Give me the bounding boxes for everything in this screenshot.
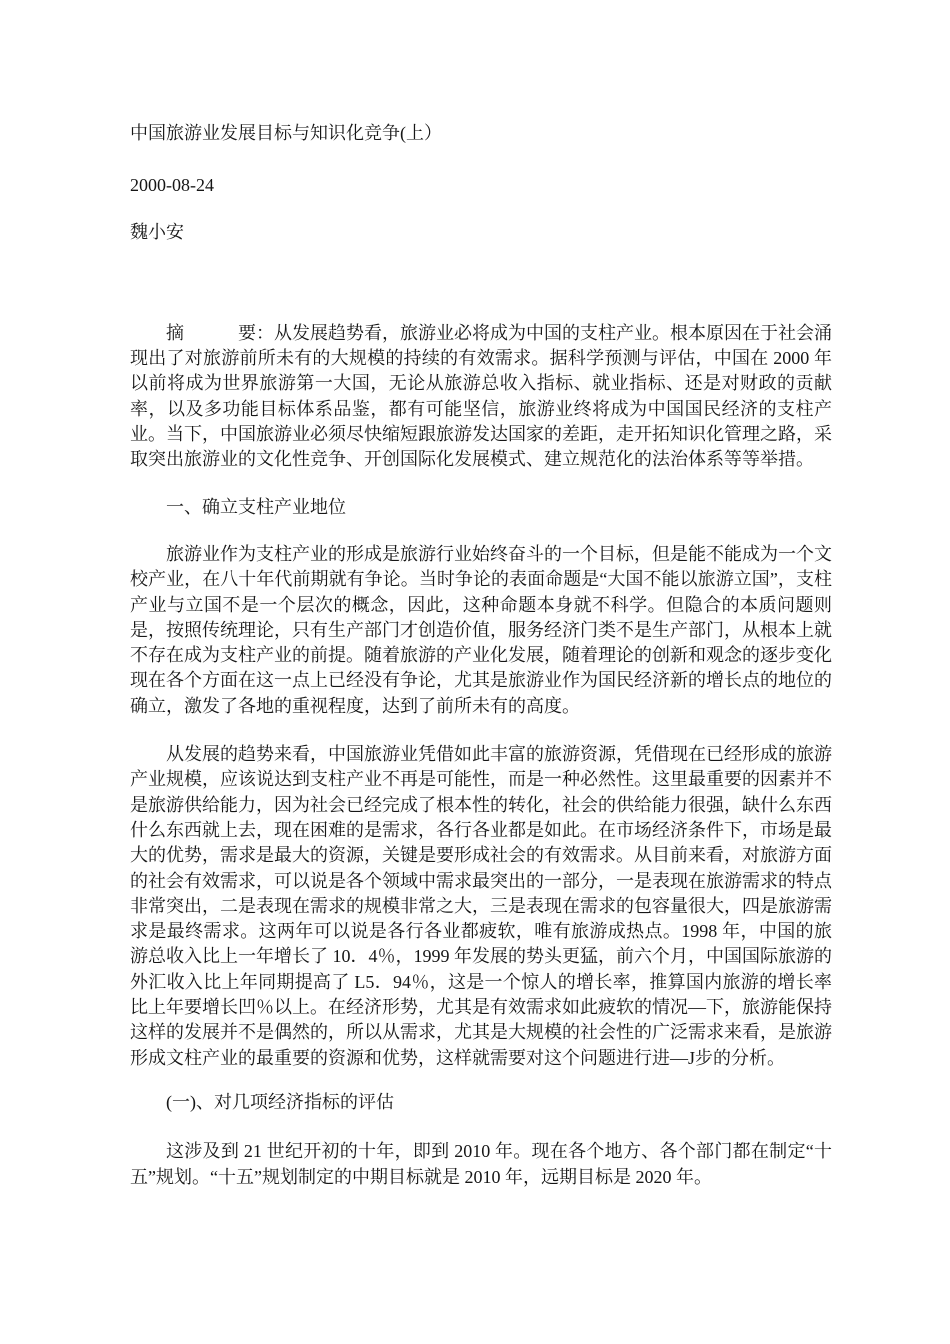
section1-paragraph-1: 旅游业作为支柱产业的形成是旅游行业始终奋斗的一个目标，但是能不能成为一个文校产业…	[130, 542, 832, 719]
section2-paragraph-1: 这涉及到 21 世纪开初的十年，即到 2010 年。现在各个地方、各个部门都在制…	[130, 1139, 832, 1190]
section1-paragraph-2: 从发展的趋势来看，中国旅游业凭借如此丰富的旅游资源，凭借现在已经形成的旅游产业规…	[130, 742, 832, 1071]
page-title: 中国旅游业发展目标与知识化竞争(上）	[130, 121, 832, 146]
publish-date: 2000-08-24	[130, 173, 832, 198]
section1-heading: 一、确立支柱产业地位	[130, 495, 832, 520]
document-page: 中国旅游业发展目标与知识化竞争(上） 2000-08-24 魏小安 摘 要：从发…	[0, 0, 950, 1344]
abstract-paragraph: 摘 要：从发展趋势看，旅游业必将成为中国的支柱产业。根本原因在于社会涌现出了对旅…	[130, 321, 832, 473]
author-name: 魏小安	[130, 220, 832, 245]
section2-heading: (一)、对几项经济指标的评估	[130, 1090, 832, 1115]
document-content: 中国旅游业发展目标与知识化竞争(上） 2000-08-24 魏小安 摘 要：从发…	[0, 0, 950, 1190]
